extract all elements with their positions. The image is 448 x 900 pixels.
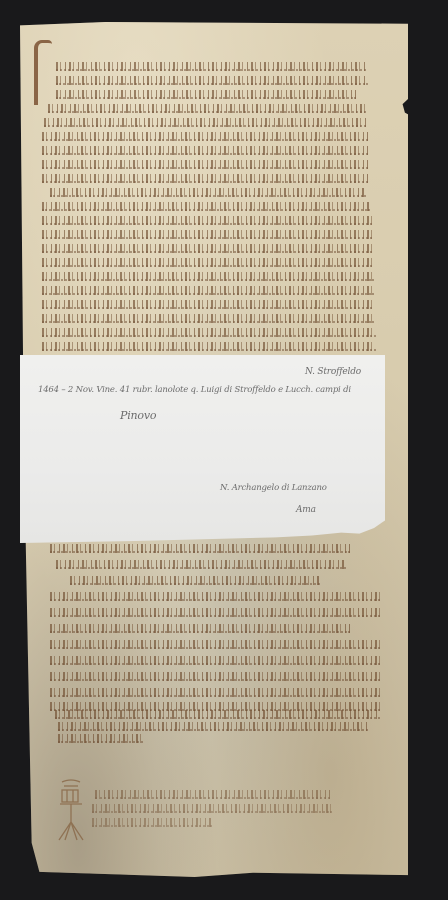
manuscript-line [50,656,380,665]
label-description-line1: 1464 – 2 Nov. Vine. 41 rubr. lanolote q.… [38,385,351,395]
manuscript-line [55,710,380,719]
manuscript-line [42,328,376,337]
manuscript-line [44,118,366,127]
manuscript-line [50,640,380,649]
manuscript-line [42,258,372,267]
manuscript-line [50,672,380,681]
manuscript-line [42,342,376,351]
manuscript-line [56,76,368,85]
manuscript-line [42,230,372,239]
manuscript-line [58,722,368,731]
manuscript-line [50,624,350,633]
label-description-line2: Pinovo [120,409,156,422]
manuscript-line [50,544,350,553]
manuscript-line [42,300,372,309]
manuscript-line [56,560,346,569]
manuscript-line [42,272,374,281]
notary-subscription-line [92,804,332,813]
manuscript-line [70,576,320,585]
manuscript-line [42,160,368,169]
notary-subscription-line [95,790,330,799]
manuscript-line [42,174,368,183]
manuscript-line [42,244,372,253]
notarial-sign-icon [56,778,86,846]
manuscript-line [42,146,368,155]
manuscript-line [56,62,366,71]
manuscript-line [56,90,356,99]
manuscript-line [50,608,380,617]
label-top-right-note: N. Stroffeldo [305,367,361,377]
manuscript-line [58,734,143,743]
archival-label: 1464 – 2 Nov. Vine. 41 rubr. lanolote q.… [20,355,385,543]
manuscript-line [42,132,368,141]
manuscript-line [42,216,372,225]
label-signature: N. Archangelo di Lanzano [220,483,327,493]
manuscript-line [50,688,380,697]
decorated-initial-i [34,40,52,105]
label-signature-sub: Ama [296,505,316,515]
manuscript-line [50,188,366,197]
manuscript-line [42,202,370,211]
notary-subscription-line [92,818,212,827]
manuscript-line [42,286,374,295]
manuscript-line [50,592,380,601]
manuscript-line [42,314,374,323]
manuscript-line [48,104,366,113]
